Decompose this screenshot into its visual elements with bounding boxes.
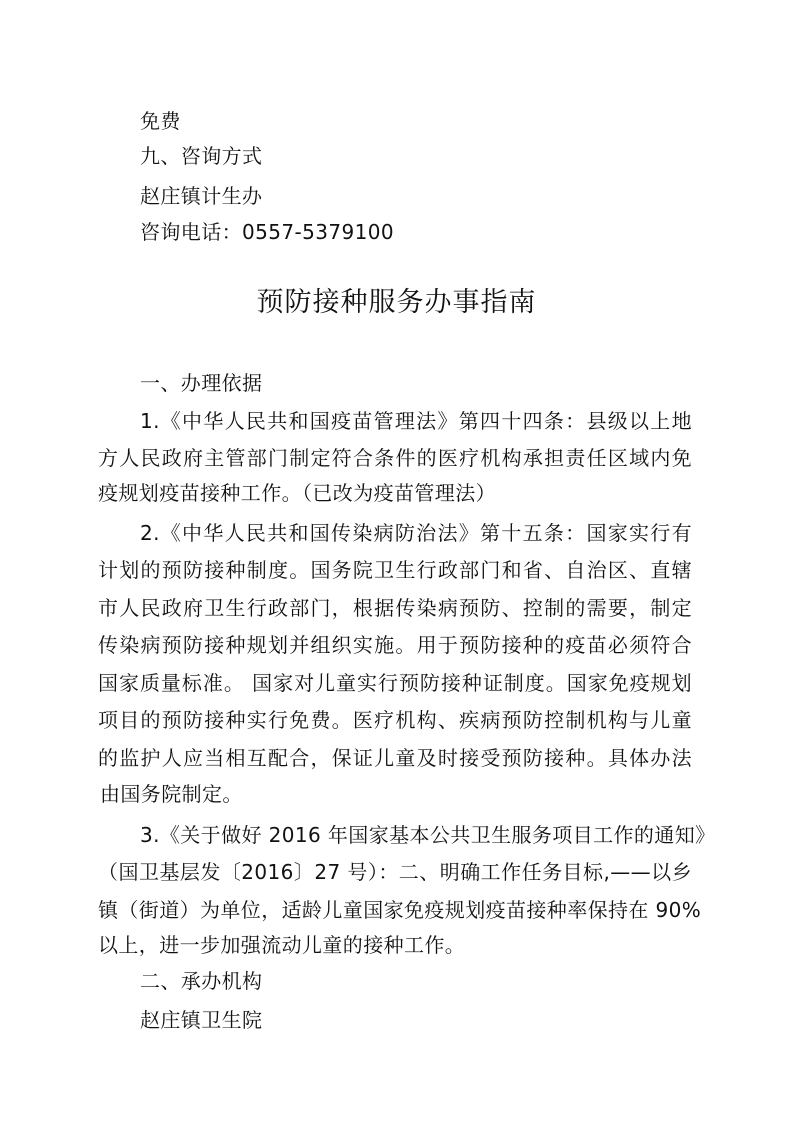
item2-line: 项目的预防接种实行免费。医疗机构、疾病预防控制机构与儿童	[98, 707, 692, 733]
section-heading-contact: 九、咨询方式	[140, 143, 262, 169]
item2-line: 市人民政府卫生行政部门，根据传染病预防、控制的需要，制定	[98, 595, 692, 621]
item2-line: 由国务院制定。	[100, 781, 243, 807]
item2-line: 的监护人应当相互配合，保证儿童及时接受预防接种。具体办法	[98, 745, 692, 771]
item3-line: 以上，进一步加强流动儿童的接种工作。	[98, 932, 465, 958]
organization-name: 赵庄镇卫生院	[140, 1007, 262, 1033]
item2-line: 计划的预防接种制度。国务院卫生行政部门和省、自治区、直辖	[98, 557, 692, 583]
item1-line: 1.《中华人民共和国疫苗管理法》第四十四条：县级以上地	[140, 408, 692, 434]
item3-line: 3.《关于做好 2016 年国家基本公共卫生服务项目工作的通知》	[140, 822, 692, 848]
office-name: 赵庄镇计生办	[140, 183, 262, 209]
item1-line: 方人民政府主管部门制定符合条件的医疗机构承担责任区域内免	[98, 445, 692, 471]
page-title: 预防接种服务办事指南	[0, 286, 793, 320]
fee-text: 免费	[140, 108, 181, 134]
section-heading-basis: 一、办理依据	[140, 370, 262, 396]
item3-line: 镇（街道）为单位，适龄儿童国家免疫规划疫苗接种率保持在 90%	[98, 897, 692, 923]
item1-line: 疫规划疫苗接种工作。（已改为疫苗管理法）	[98, 480, 496, 506]
item2-line: 国家质量标准。 国家对儿童实行预防接种证制度。国家免疫规划	[98, 670, 692, 696]
item2-line: 传染病预防接种规划并组织实施。用于预防接种的疫苗必须符合	[98, 632, 692, 658]
item3-line: （国卫基层发〔2016〕27 号）：二、明确工作任务目标,——以乡	[98, 859, 692, 885]
section-heading-organization: 二、承办机构	[140, 968, 262, 994]
phone-line: 咨询电话：0557-5379100	[140, 219, 394, 245]
item2-line: 2.《中华人民共和国传染病防治法》第十五条：国家实行有	[140, 520, 692, 546]
